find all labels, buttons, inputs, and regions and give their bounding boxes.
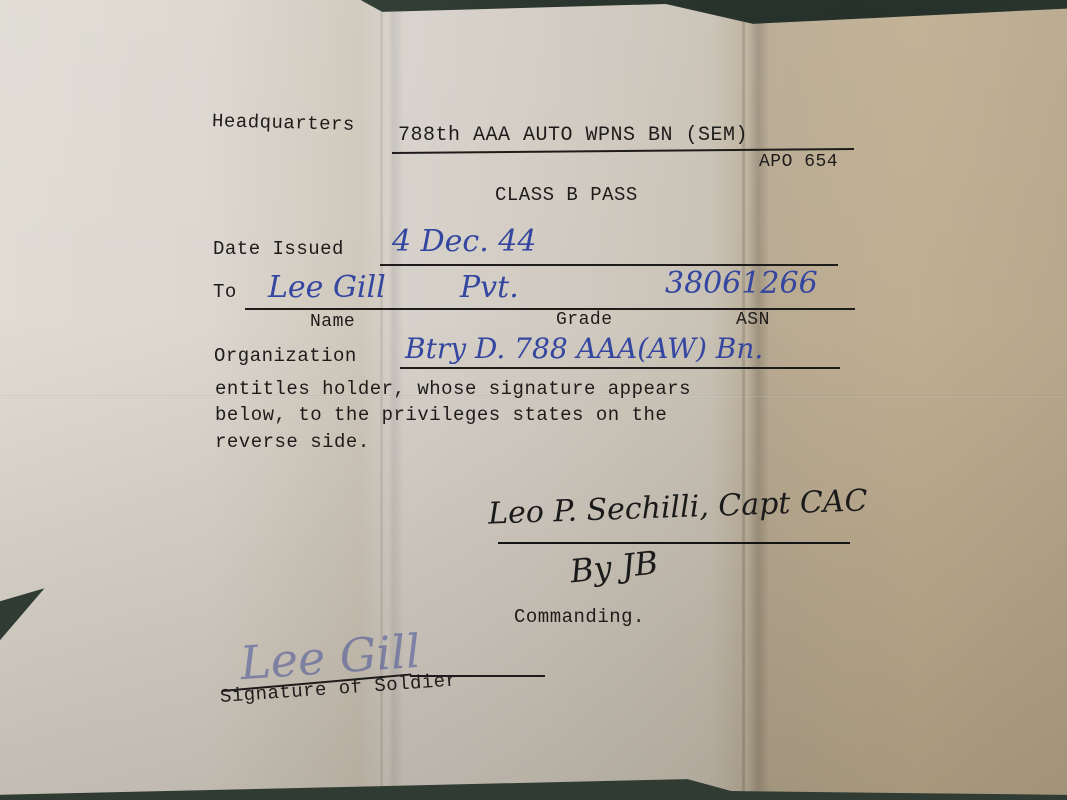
commanding-caption: Commanding. (514, 606, 645, 628)
pass-title: CLASS B PASS (495, 184, 638, 206)
body-line-3: reverse side. (215, 431, 370, 453)
header-unit: 788th AAA AUTO WPNS BN (SEM) (398, 124, 748, 147)
asn-caption: ASN (736, 310, 770, 330)
body-line-1: entitles holder, whose signature appears (215, 378, 691, 400)
date-issued-value: 4 Dec. 44 (392, 224, 536, 259)
header-apo: APO 654 (759, 152, 838, 172)
organization-value: Btry D. 788 AAA(AW) Bn. (405, 332, 763, 365)
fold-crease-right (742, 0, 745, 795)
grade-caption: Grade (556, 310, 613, 330)
soldier-name-value: Lee Gill (268, 270, 386, 305)
body-line-2: below, to the privileges states on the (215, 404, 667, 426)
soldier-asn-value: 38061266 (665, 266, 818, 301)
date-issued-label: Date Issued (213, 238, 344, 260)
organization-line (400, 367, 840, 369)
soldier-grade-value: Pvt. (460, 270, 519, 305)
name-caption: Name (310, 312, 355, 332)
organization-label: Organization (214, 345, 357, 367)
to-label: To (213, 281, 237, 303)
header-label: Headquarters (212, 110, 355, 136)
commander-signature-line (498, 542, 850, 544)
